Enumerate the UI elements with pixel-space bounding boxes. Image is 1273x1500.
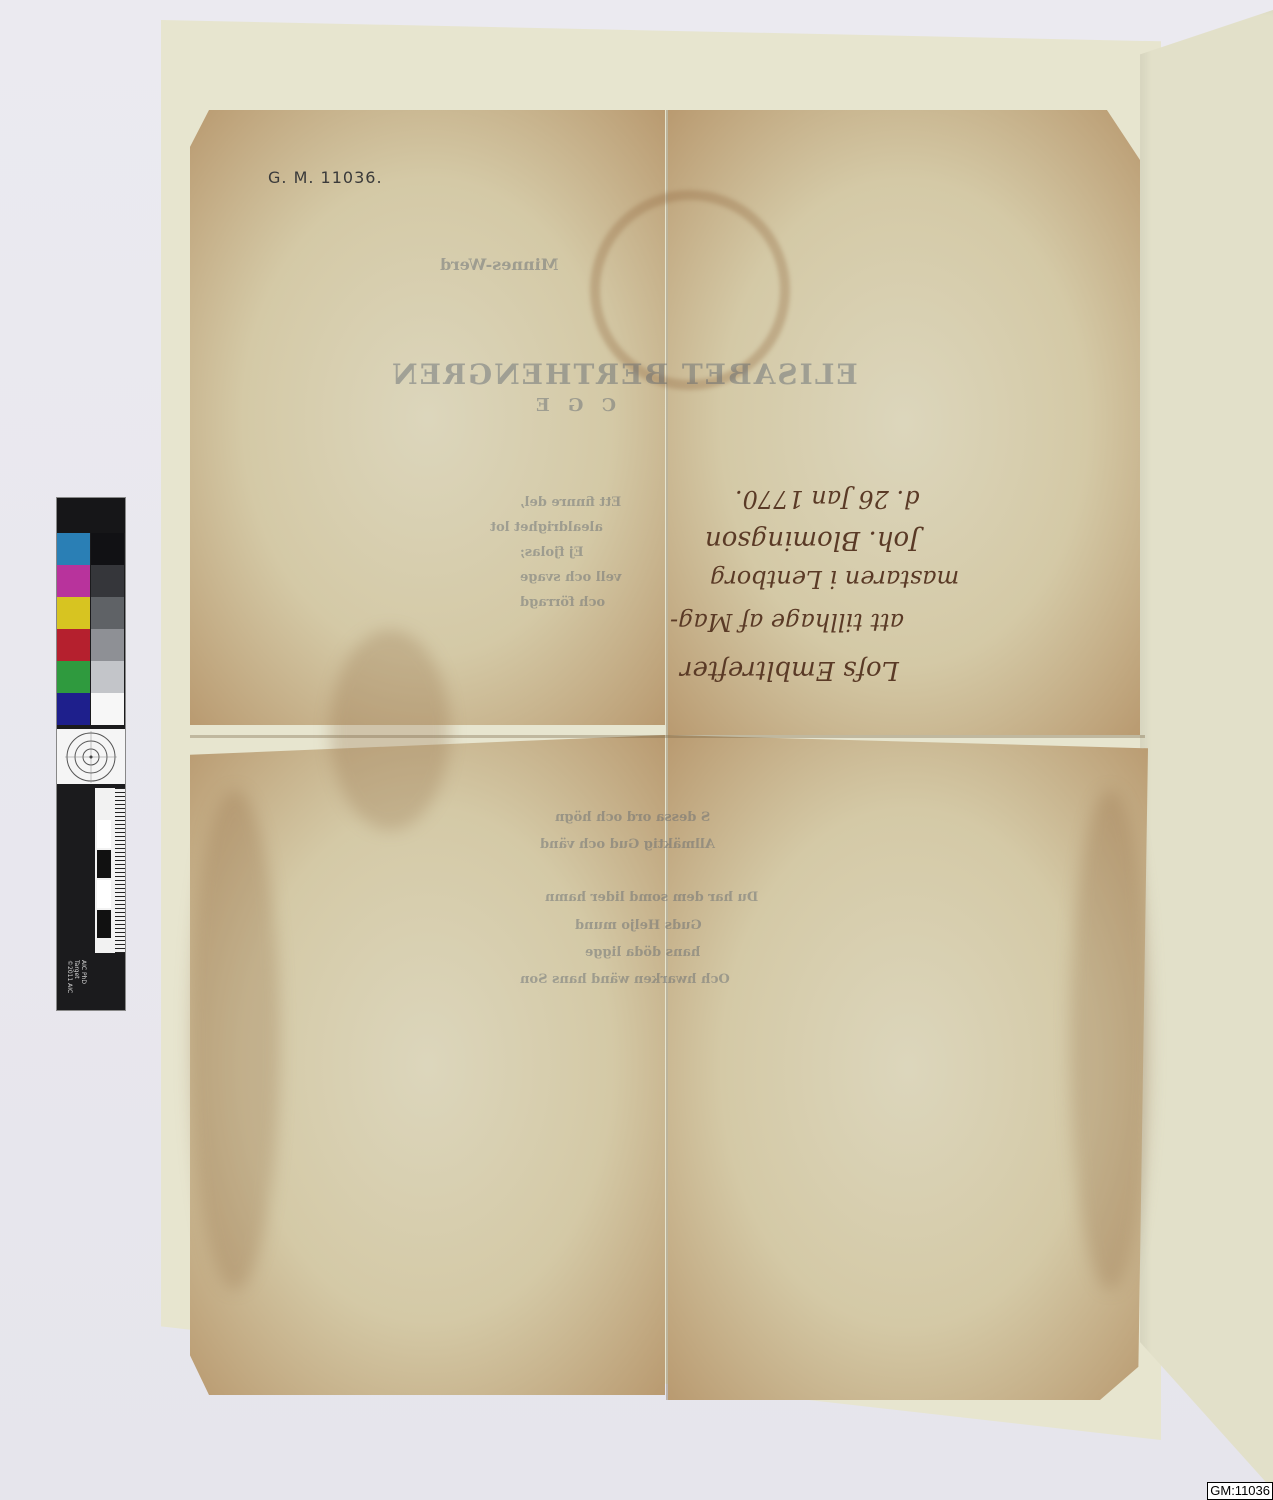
ghost-verse: Du har dem somd lider hamn <box>545 890 758 905</box>
ghost-verse: Ej fjolas; <box>520 545 584 560</box>
accession-number-note: G. M. 11036. <box>268 168 383 187</box>
magenta-swatch <box>57 565 90 597</box>
ghost-verse: hans döda ligge <box>585 945 700 960</box>
edge-stain <box>190 790 280 1290</box>
yellow-swatch <box>57 597 90 629</box>
white-swatch <box>91 693 124 725</box>
gray-swatch <box>91 565 124 597</box>
cyan-swatch <box>57 533 90 565</box>
ghost-verse: S dessa ord och högn <box>555 810 710 825</box>
handwritten-line: mastaren i Lentborg <box>710 565 959 593</box>
fold-line-horizontal <box>190 735 1145 738</box>
catalog-number-label: GM:11036 <box>1207 1482 1273 1500</box>
ghost-title: Minnes-Werd <box>440 255 558 274</box>
handwritten-line: Joh. Blomingson <box>705 525 920 555</box>
document-panel-top-left <box>190 110 665 725</box>
edge-stain <box>1070 790 1150 1290</box>
fold-line-vertical <box>666 110 668 1400</box>
scale-checker <box>97 820 111 848</box>
ghost-verse: vell och svage <box>520 570 621 585</box>
color-calibration-target: AIC PhD Target ©2011 AIC <box>56 497 126 1011</box>
handwritten-line: d. 26 Jan 1770. <box>735 485 920 513</box>
black-patch <box>57 498 125 533</box>
handwritten-line: Lofs Embltrefter <box>680 655 899 685</box>
gray-swatch <box>91 661 124 693</box>
ghost-verse: Guds Heljo mund <box>575 918 702 933</box>
ghost-name: ELISABET BERTHENGREN <box>390 358 858 391</box>
bullseye-target-icon <box>57 729 125 784</box>
gray-swatch <box>91 629 124 661</box>
blue-swatch <box>57 693 90 725</box>
dark-stain <box>330 630 450 830</box>
gray-swatch <box>91 597 124 629</box>
green-swatch <box>57 661 90 693</box>
ghost-verse: och förragd <box>520 595 605 610</box>
scale-checker <box>97 880 111 908</box>
red-swatch <box>57 629 90 661</box>
ghost-verse: alealdrighet lot <box>490 520 603 535</box>
mount-board-fold <box>1140 10 1273 1490</box>
handwritten-line: att tillhage af Mag- <box>670 608 904 636</box>
ghost-verse: Allmäktig Gud och vänd <box>540 837 715 852</box>
ghost-verse: Och hwarken wänd hans Son <box>520 972 730 987</box>
target-label: AIC PhD Target ©2011 AIC <box>66 960 87 998</box>
ghost-verse: Ett finnre del, <box>520 495 621 510</box>
scale-checker <box>97 910 111 938</box>
ghost-initials: C G E <box>530 395 616 416</box>
gray-swatch <box>91 533 124 565</box>
scale-checker <box>97 850 111 878</box>
